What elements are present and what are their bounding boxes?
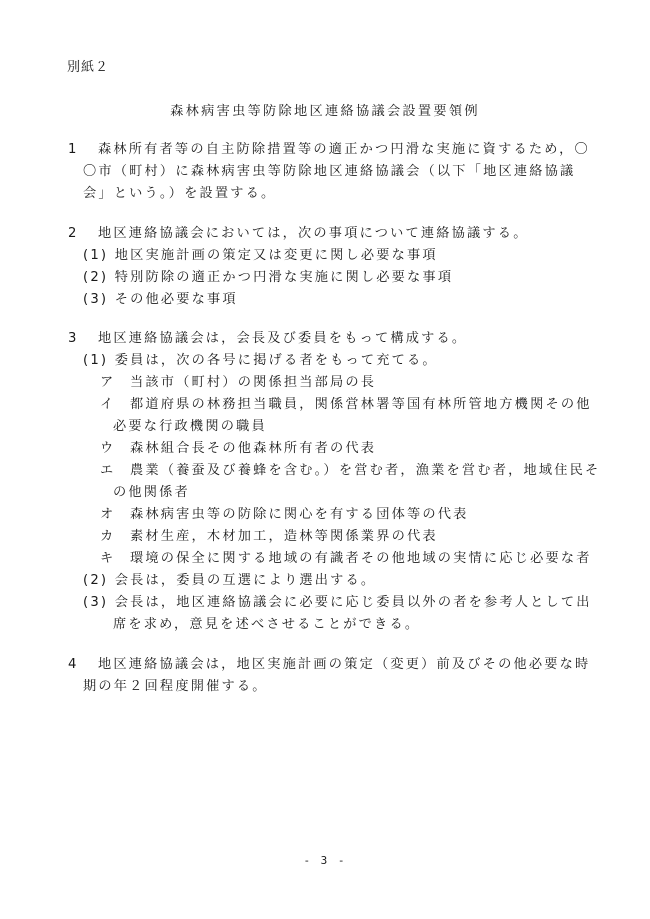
section-3-subitem-ka: カ素材生産，木材加工，造林等関係業界の代表 xyxy=(100,529,438,545)
section-3-item-3: (3) 会長は，地区連絡協議会に必要に応じ委員以外の者を参考人として出 xyxy=(83,595,592,611)
section-3-subitem-u: ウ森林組合長その他森林所有者の代表 xyxy=(100,441,376,457)
section-3-subitem-e: エ農業（養蚕及び養蜂を含む。）を営む者，漁業を営む者，地域住民そ xyxy=(100,463,600,479)
section-4-line-2: 期の年２回程度開催する。 xyxy=(83,679,268,695)
section-2-item-1: (1) 地区実施計画の策定又は変更に関し必要な事項 xyxy=(83,248,438,264)
section-3-subitem-ki: キ環境の保全に関する地域の有識者その他地域の実情に応じ必要な者 xyxy=(100,551,592,567)
section-3-subitem-e-cont: の他関係者 xyxy=(113,485,190,501)
section-3-item-1: (1) 委員は，次の各号に掲げる者をもって充てる。 xyxy=(83,353,438,369)
section-2-item-3: (3) その他必要な事項 xyxy=(83,292,238,308)
section-3-subitem-a: ア当該市（町村）の関係担当部局の長 xyxy=(100,375,376,391)
section-2-item-2: (2) 特別防除の適正かつ円滑な実施に関し必要な事項 xyxy=(83,270,453,286)
section-3-line-1: 3地区連絡協議会は，会長及び委員をもって構成する。 xyxy=(68,331,467,347)
document-title: 森林病害虫等防除地区連絡協議会設置要領例 xyxy=(0,104,650,120)
section-3-subitem-i: イ都道府県の林務担当職員，関係営林署等国有林所管地方機関その他 xyxy=(100,397,592,413)
section-3-subitem-o: オ森林病害虫等の防除に関心を有する団体等の代表 xyxy=(100,507,469,523)
section-3-subitem-i-cont: 必要な行政機関の職員 xyxy=(113,419,267,435)
section-1-line-3: 会」という。）を設置する。 xyxy=(83,186,276,202)
section-number: 4 xyxy=(68,657,98,673)
section-1-line-2: 〇市（町村）に森林病害虫等防除地区連絡協議会（以下「地区連絡協議 xyxy=(83,164,575,180)
document-page: 別紙２ 森林病害虫等防除地区連絡協議会設置要領例 1森林所有者等の自主防除措置等… xyxy=(0,0,650,919)
section-1-line-1: 1森林所有者等の自主防除措置等の適正かつ円滑な実施に資するため，〇 xyxy=(68,142,590,158)
section-3-item-2: (2) 会長は，委員の互選により選出する。 xyxy=(83,573,376,589)
section-number: 1 xyxy=(68,142,98,158)
section-4-line-1: 4地区連絡協議会は，地区実施計画の策定（変更）前及びその他必要な時 xyxy=(68,657,590,673)
page-number: - 3 - xyxy=(0,854,650,867)
section-number: 2 xyxy=(68,226,98,242)
attachment-label: 別紙２ xyxy=(67,60,109,76)
section-number: 3 xyxy=(68,331,98,347)
section-3-item-3-cont: 席を求め，意見を述べさせることができる。 xyxy=(113,617,420,633)
section-2-line-1: 2地区連絡協議会においては，次の事項について連絡協議する。 xyxy=(68,226,529,242)
